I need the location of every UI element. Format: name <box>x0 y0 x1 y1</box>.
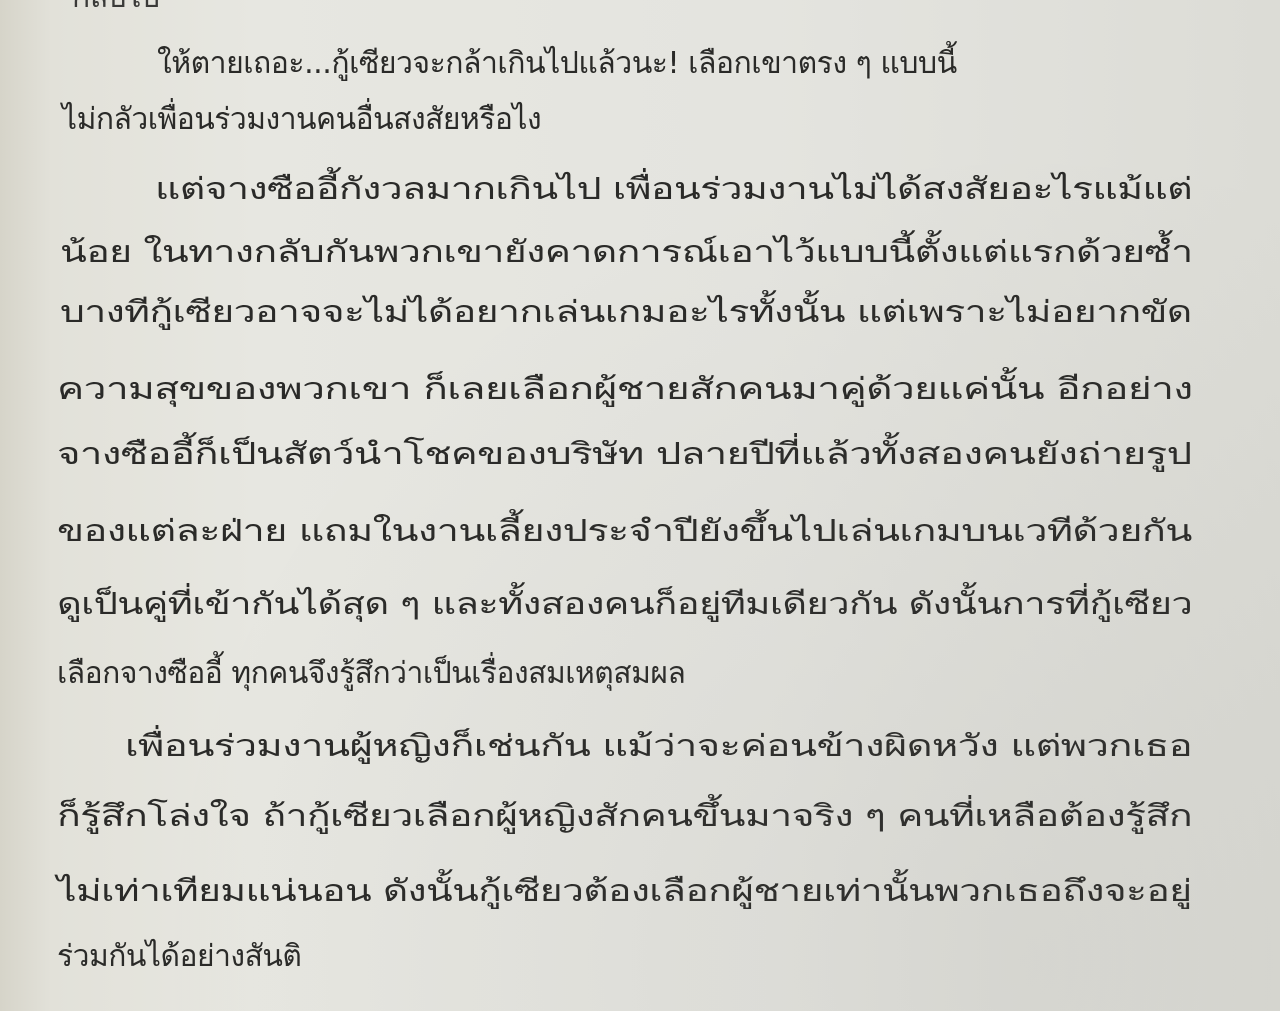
text-line-9: ดูเป็นคู่ที่เข้ากันได้สุด ๆ และทั้งสองคน… <box>57 585 1192 625</box>
text-line-12: ก็รู้สึกโล่งใจ ถ้ากู้เซียวเลือกผู้หญิงสั… <box>57 797 1192 837</box>
text-line-2: ไม่กลัวเพื่อนร่วมงานคนอื่นสงสัยหรือไง <box>62 100 541 140</box>
text-line-4: น้อย ในทางกลับกันพวกเขายังคาดการณ์เอาไว้… <box>60 233 1193 273</box>
text-line-6: ความสุขของพวกเขา ก็เลยเลือกผู้ชายสักคนมา… <box>57 370 1193 410</box>
text-line-10: เลือกจางซืออี้ ทุกคนจึงรู้สึกว่าเป็นเรื่… <box>57 654 685 694</box>
text-line-3: แต่จางซืออี้กังวลมากเกินไป เพื่อนร่วมงาน… <box>155 170 1192 210</box>
book-page: กลับไป ให้ตายเถอะ...กู้เซียวจะกล้าเกินไป… <box>0 0 1280 1011</box>
text-line-7: จางซืออี้ก็เป็นสัตว์นำโชคของบริษัท ปลายป… <box>57 435 1191 475</box>
text-line-5: บางทีกู้เซียวอาจจะไม่ได้อยากเล่นเกมอะไรท… <box>60 293 1192 333</box>
text-line-8: ของแต่ละฝ่าย แถมในงานเลี้ยงประจำปียังขึ้… <box>57 512 1192 552</box>
text-line-14: ร่วมกันได้อย่างสันติ <box>57 937 301 977</box>
text-line-11: เพื่อนร่วมงานผู้หญิงก็เช่นกัน แม้ว่าจะค่… <box>125 727 1192 767</box>
text-line-1: ให้ตายเถอะ...กู้เซียวจะกล้าเกินไปแล้วนะ!… <box>157 44 1192 84</box>
text-line-13: ไม่เท่าเทียมแน่นอน ดังนั้นกู้เซียวต้องเล… <box>57 872 1191 912</box>
partial-line-top: กลับไป <box>72 0 159 18</box>
